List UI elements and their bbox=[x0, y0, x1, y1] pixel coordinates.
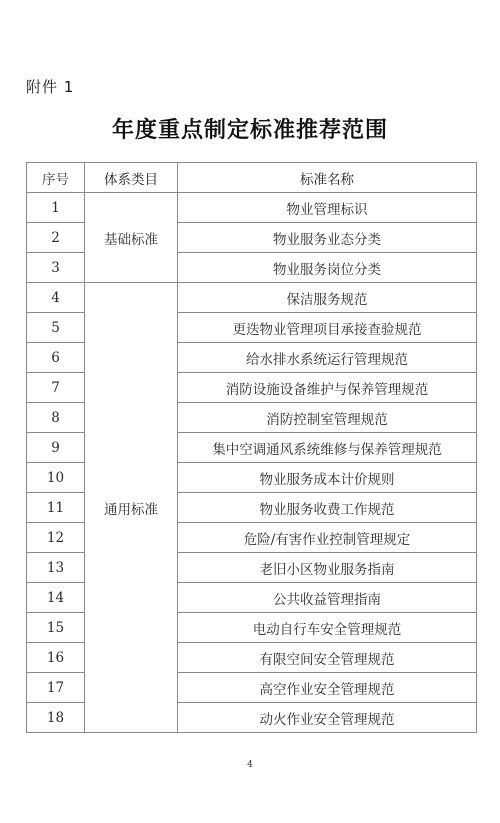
row-number: 8 bbox=[27, 403, 85, 433]
row-number: 3 bbox=[27, 253, 85, 283]
row-number: 16 bbox=[27, 643, 85, 673]
row-number: 7 bbox=[27, 373, 85, 403]
standard-name: 物业服务业态分类 bbox=[178, 223, 477, 253]
standard-name: 保洁服务规范 bbox=[178, 283, 477, 313]
row-number: 9 bbox=[27, 433, 85, 463]
standard-name: 公共收益管理指南 bbox=[178, 583, 477, 613]
standard-name: 物业管理标识 bbox=[178, 193, 477, 223]
standard-name: 有限空间安全管理规范 bbox=[178, 643, 477, 673]
standard-name: 物业服务收费工作规范 bbox=[178, 493, 477, 523]
row-number: 14 bbox=[27, 583, 85, 613]
header-category: 体系类目 bbox=[85, 163, 178, 193]
row-number: 4 bbox=[27, 283, 85, 313]
standard-name: 物业服务岗位分类 bbox=[178, 253, 477, 283]
row-number: 2 bbox=[27, 223, 85, 253]
category-cell: 基础标准 bbox=[85, 193, 178, 283]
row-number: 17 bbox=[27, 673, 85, 703]
standard-name: 高空作业安全管理规范 bbox=[178, 673, 477, 703]
category-cell: 通用标准 bbox=[85, 283, 178, 733]
row-number: 11 bbox=[27, 493, 85, 523]
standard-name: 给水排水系统运行管理规范 bbox=[178, 343, 477, 373]
standard-name: 更迭物业管理项目承接查验规范 bbox=[178, 313, 477, 343]
table-header-row: 序号 体系类目 标准名称 bbox=[27, 163, 477, 193]
row-number: 6 bbox=[27, 343, 85, 373]
standard-name: 电动自行车安全管理规范 bbox=[178, 613, 477, 643]
row-number: 1 bbox=[27, 193, 85, 223]
standard-name: 消防控制室管理规范 bbox=[178, 403, 477, 433]
standard-name: 老旧小区物业服务指南 bbox=[178, 553, 477, 583]
standard-name: 动火作业安全管理规范 bbox=[178, 703, 477, 733]
header-standard-name: 标准名称 bbox=[178, 163, 477, 193]
table-row: 4 通用标准 保洁服务规范 bbox=[27, 283, 477, 313]
row-number: 12 bbox=[27, 523, 85, 553]
standard-name: 物业服务成本计价规则 bbox=[178, 463, 477, 493]
header-serial-number: 序号 bbox=[27, 163, 85, 193]
row-number: 5 bbox=[27, 313, 85, 343]
row-number: 10 bbox=[27, 463, 85, 493]
page-number: 4 bbox=[0, 760, 500, 770]
standard-name: 危险/有害作业控制管理规定 bbox=[178, 523, 477, 553]
standards-table: 序号 体系类目 标准名称 1 基础标准 物业管理标识 2 物业服务业态分类 3 … bbox=[26, 162, 477, 733]
standard-name: 集中空调通风系统维修与保养管理规范 bbox=[178, 433, 477, 463]
attachment-label: 附件 1 bbox=[26, 76, 74, 97]
row-number: 13 bbox=[27, 553, 85, 583]
standard-name: 消防设施设备维护与保养管理规范 bbox=[178, 373, 477, 403]
row-number: 18 bbox=[27, 703, 85, 733]
document-title: 年度重点制定标准推荐范围 bbox=[0, 113, 500, 144]
table-row: 1 基础标准 物业管理标识 bbox=[27, 193, 477, 223]
row-number: 15 bbox=[27, 613, 85, 643]
